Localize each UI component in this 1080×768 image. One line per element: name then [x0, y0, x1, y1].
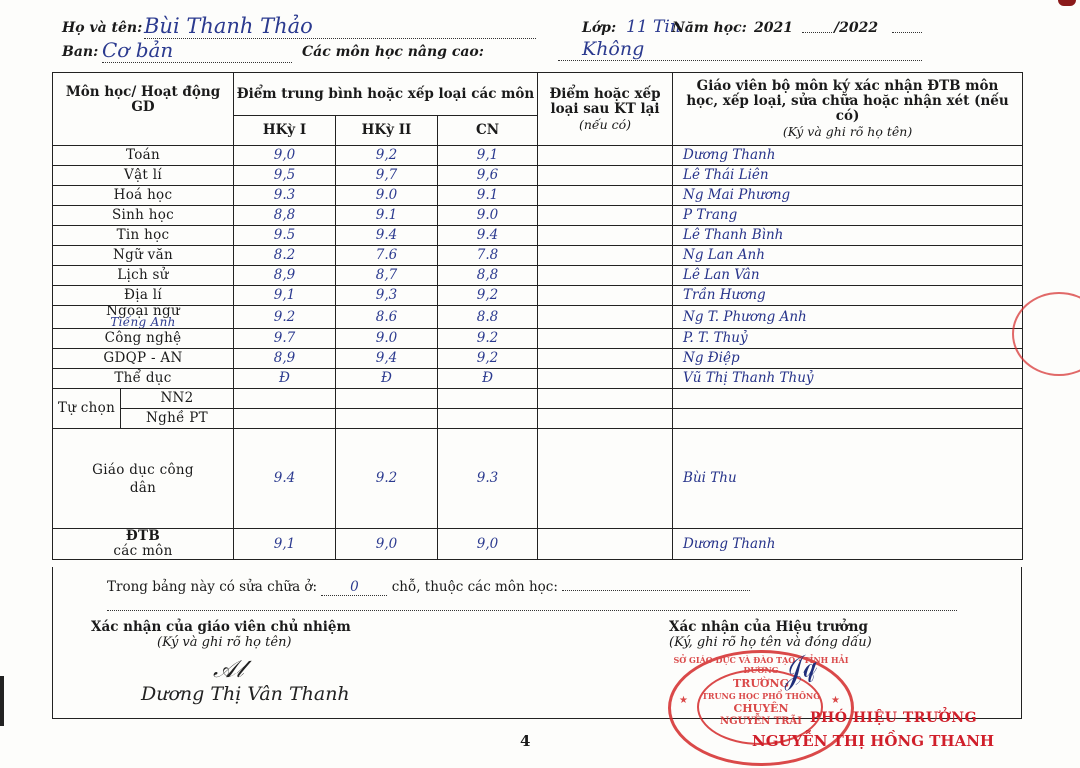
retest-score: [538, 246, 673, 266]
hk2-score: 9.1: [336, 206, 438, 226]
stamp-outer-text: SỞ GIÁO DỤC VÀ ĐÀO TẠO · TỈNH HẢI DƯƠNG: [671, 655, 851, 675]
stamp-line1: TRƯỜNG: [671, 677, 851, 690]
table-row: Công nghệ9.79.09.2P. T. Thuỷ: [53, 329, 1023, 349]
table-row-elective-nghe: Nghề PT: [53, 409, 1023, 429]
retest-score: [538, 186, 673, 206]
corrections-line: Trong bảng này có sửa chữa ở: 0 chỗ, thu…: [107, 579, 750, 596]
principal-name: NGUYỄN THỊ HỒNG THANH: [752, 732, 994, 750]
cn-score: 7.8: [438, 246, 538, 266]
average-group-header: Điểm trung bình hoặc xếp loại các môn: [234, 73, 538, 116]
year-start: 2021: [754, 20, 793, 36]
overall-line1: ĐTB: [53, 529, 233, 544]
hk1-score: [234, 409, 336, 429]
teacher-signature: Lê Thanh Bình: [673, 226, 1023, 246]
homeroom-note: (Ký và ghi rõ họ tên): [157, 635, 292, 650]
hk1-score: 9.3: [234, 186, 336, 206]
hk1-score: 9.4: [234, 429, 336, 529]
elective-label: Tự chọn: [53, 389, 121, 429]
elective-subject: Nghề PT: [121, 409, 234, 429]
hk1-score: [234, 389, 336, 409]
subject-name: Thể dục: [53, 369, 234, 389]
subject-name: Toán: [53, 146, 234, 166]
subject-name: Vật lí: [53, 166, 234, 186]
retest-score: [538, 389, 673, 409]
cn-score: 9.0: [438, 206, 538, 226]
footer-box: Trong bảng này có sửa chữa ở: 0 chỗ, thu…: [52, 567, 1022, 719]
cn-score: 8,8: [438, 266, 538, 286]
hk2-score: [336, 389, 438, 409]
table-row: Sinh học8,89.19.0P Trang: [53, 206, 1023, 226]
retest-score: [538, 369, 673, 389]
hk1-score: 9.7: [234, 329, 336, 349]
hk2-score: 8.6: [336, 306, 438, 329]
hk1-score: Đ: [234, 369, 336, 389]
retest-header-note: (nếu có): [538, 117, 672, 132]
subject-name: Địa lí: [53, 286, 234, 306]
homeroom-name: Dương Thị Vân Thanh: [141, 683, 350, 705]
class-label: Lớp:: [582, 20, 616, 36]
retest-score: [538, 329, 673, 349]
retest-score: [538, 409, 673, 429]
grade-table: Môn học/ Hoạt động GD Điểm trung bình ho…: [52, 72, 1023, 560]
teacher-header-note: (Ký và ghi rõ họ tên): [679, 124, 1016, 139]
teacher-signature: Vũ Thị Thanh Thuỷ: [673, 369, 1023, 389]
table-row: Toán9,09,29,1Dương Thanh: [53, 146, 1023, 166]
stamp-line2: TRUNG HỌC PHỔ THÔNG: [671, 691, 851, 701]
table-row-overall: ĐTB các môn 9,1 9,0 9,0 Dương Thanh: [53, 529, 1023, 560]
overall-subject: ĐTB các môn: [53, 529, 234, 560]
hk1-score: 8,9: [234, 266, 336, 286]
civic-subject: Giáo dục công dân: [53, 429, 234, 529]
table-row-elective-nn2: Tự chọn NN2: [53, 389, 1023, 409]
teacher-signature: Dương Thanh: [673, 146, 1023, 166]
retest-header-title: Điểm hoặc xếp loại sau KT lại: [538, 87, 672, 117]
table-row: Ngữ văn8.27.67.8Ng Lan Anh: [53, 246, 1023, 266]
retest-score: [538, 529, 673, 560]
table-row: Vật lí9,59,79,6Lê Thái Liên: [53, 166, 1023, 186]
page-number: 4: [520, 732, 530, 750]
cn-score: 9.3: [438, 429, 538, 529]
table-row: Ngoại ngữTiếng Anh9.28.68.8Ng T. Phương …: [53, 306, 1023, 329]
retest-score: [538, 166, 673, 186]
stamp-star-icon: ★: [831, 695, 840, 706]
teacher-signature: Ng T. Phương Anh: [673, 306, 1023, 329]
retest-score: [538, 306, 673, 329]
cn-score: [438, 409, 538, 429]
hk2-score: 9.0: [336, 186, 438, 206]
principal-note: (Ký, ghi rõ họ tên và đóng dấu): [669, 635, 872, 650]
subject-name: Công nghệ: [53, 329, 234, 349]
corrections-count: 0: [321, 579, 387, 596]
table-row: Lịch sử8,98,78,8Lê Lan Vân: [53, 266, 1023, 286]
elective-subject: NN2: [121, 389, 234, 409]
retest-score: [538, 286, 673, 306]
subject-name: Ngoại ngữTiếng Anh: [53, 306, 234, 329]
corrections-subjects: [562, 590, 750, 591]
cn-score: Đ: [438, 369, 538, 389]
hk1-score: 9.2: [234, 306, 336, 329]
teacher-signature: Dương Thanh: [673, 529, 1023, 560]
teacher-header: Giáo viên bộ môn ký xác nhận ĐTB môn học…: [673, 73, 1023, 146]
table-row: Tin học9.59.49.4Lê Thanh Bình: [53, 226, 1023, 246]
cn-score: 9,2: [438, 286, 538, 306]
retest-score: [538, 226, 673, 246]
teacher-signature: P. T. Thuỷ: [673, 329, 1023, 349]
cn-score: 9,6: [438, 166, 538, 186]
principal-role: PHÓ HIỆU TRƯỞNG: [810, 710, 977, 726]
teacher-signature: Bùi Thu: [673, 429, 1023, 529]
subject-name: Lịch sử: [53, 266, 234, 286]
teacher-signature: [673, 389, 1023, 409]
hk2-score: 8,7: [336, 266, 438, 286]
table-row: GDQP - AN8,99,49,2Ng Điệp: [53, 349, 1023, 369]
year-end-dots: [892, 32, 922, 33]
hk2-score: 9,2: [336, 146, 438, 166]
table-row: Địa lí9,19,39,2Trần Hương: [53, 286, 1023, 306]
hk2-score: 9.2: [336, 429, 438, 529]
retest-score: [538, 429, 673, 529]
cn-score: 9.4: [438, 226, 538, 246]
cn-score: 9,0: [438, 529, 538, 560]
cn-score: 9.2: [438, 329, 538, 349]
scan-corner-mark: [1058, 0, 1076, 6]
hk2-score: [336, 409, 438, 429]
table-row-civic: Giáo dục công dân 9.4 9.2 9.3 Bùi Thu: [53, 429, 1023, 529]
student-name: Bùi Thanh Thảo: [144, 14, 536, 39]
hk2-score: 9,0: [336, 529, 438, 560]
subject-header: Môn học/ Hoạt động GD: [53, 73, 234, 146]
teacher-signature: Trần Hương: [673, 286, 1023, 306]
teacher-header-title: Giáo viên bộ môn ký xác nhận ĐTB môn học…: [679, 79, 1016, 124]
subject-name: GDQP - AN: [53, 349, 234, 369]
year-label: Năm học:: [672, 20, 747, 36]
subject-rows: Toán9,09,29,1Dương ThanhVật lí9,59,79,6L…: [53, 146, 1023, 389]
hk2-score: 9.0: [336, 329, 438, 349]
retest-header: Điểm hoặc xếp loại sau KT lại (nếu có): [538, 73, 673, 146]
hk1-header: HKỳ I: [234, 116, 336, 146]
teacher-signature: Lê Thái Liên: [673, 166, 1023, 186]
cn-score: 8.8: [438, 306, 538, 329]
cn-score: 9,2: [438, 349, 538, 369]
hk1-score: 9,5: [234, 166, 336, 186]
scan-edge-mark: [0, 676, 4, 726]
advanced-value: Không: [558, 38, 922, 61]
hk2-score: 9,4: [336, 349, 438, 369]
cn-score: 9.1: [438, 186, 538, 206]
teacher-signature: Lê Lan Vân: [673, 266, 1023, 286]
hk2-header: HKỳ II: [336, 116, 438, 146]
hk2-score: 9.4: [336, 226, 438, 246]
teacher-signature: [673, 409, 1023, 429]
name-label: Họ và tên:: [62, 20, 142, 36]
teacher-signature: Ng Mai Phương: [673, 186, 1023, 206]
cn-score: [438, 389, 538, 409]
teacher-signature: Ng Lan Anh: [673, 246, 1023, 266]
retest-score: [538, 349, 673, 369]
hk1-score: 9,1: [234, 286, 336, 306]
corrections-mid: chỗ, thuộc các môn học:: [392, 579, 558, 595]
hk1-score: 9,0: [234, 146, 336, 166]
year-end: /2022: [834, 20, 878, 36]
hk2-score: Đ: [336, 369, 438, 389]
homeroom-signature-icon: 𝒜𝓁: [213, 655, 244, 683]
retest-score: [538, 206, 673, 226]
track-info-line: Ban: Cơ bản Các môn học nâng cao: Không: [62, 44, 1022, 68]
corrections-dotted-line: [107, 610, 957, 611]
hk2-score: 9,7: [336, 166, 438, 186]
stamp-star-icon: ★: [679, 695, 688, 706]
track-value: Cơ bản: [102, 38, 292, 63]
subject-sub: Tiếng Anh: [53, 317, 233, 328]
hk2-score: 7.6: [336, 246, 438, 266]
principal-title: Xác nhận của Hiệu trưởng: [669, 619, 868, 635]
hk1-score: 9,1: [234, 529, 336, 560]
hk1-score: 8.2: [234, 246, 336, 266]
retest-score: [538, 266, 673, 286]
homeroom-title: Xác nhận của giáo viên chủ nhiệm: [91, 619, 351, 635]
hk2-score: 9,3: [336, 286, 438, 306]
corrections-prefix: Trong bảng này có sửa chữa ở:: [107, 579, 317, 595]
retest-score: [538, 146, 673, 166]
advanced-label: Các môn học nâng cao:: [302, 44, 484, 60]
hk1-score: 9.5: [234, 226, 336, 246]
hk1-score: 8,8: [234, 206, 336, 226]
subject-name: Tin học: [53, 226, 234, 246]
overall-line2: các môn: [53, 544, 233, 559]
table-row: Thể dụcĐĐĐVũ Thị Thanh Thuỷ: [53, 369, 1023, 389]
cn-score: 9,1: [438, 146, 538, 166]
subject-name: Sinh học: [53, 206, 234, 226]
teacher-signature: Ng Điệp: [673, 349, 1023, 369]
subject-name: Ngữ văn: [53, 246, 234, 266]
year-dots: [802, 32, 832, 33]
subject-name: Hoá học: [53, 186, 234, 206]
hk1-score: 8,9: [234, 349, 336, 369]
cn-header: CN: [438, 116, 538, 146]
track-label: Ban:: [62, 44, 98, 60]
teacher-signature: P Trang: [673, 206, 1023, 226]
table-row: Hoá học9.39.09.1Ng Mai Phương: [53, 186, 1023, 206]
